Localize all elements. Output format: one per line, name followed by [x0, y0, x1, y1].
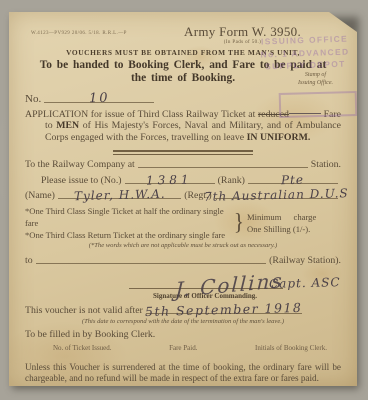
application-bold-uniform: IN UNIFORM. [247, 132, 311, 143]
minimum-charge-block: Minimum charge One Shilling (1/-). [247, 211, 341, 235]
name-row: (Name) Tyler, H.W.A. (Regt.) 7th Austral… [25, 189, 341, 201]
rubber-stamp: ISSUING OFFICE No. 1 ADVANCED SUPPLY DEP… [242, 32, 367, 74]
voucher-paper: ISSUING OFFICE No. 1 ADVANCED SUPPLY DEP… [9, 12, 357, 386]
ticket-number-column-label: No. of Ticket Issued. [53, 344, 112, 352]
fare-option-single: *One Third Class Single Ticket at half t… [25, 205, 231, 229]
railway-company-label: To the Railway Company at [25, 159, 135, 170]
handwritten-rank: Pte [281, 173, 304, 186]
handwritten-service-number: 1381 [146, 173, 193, 186]
railway-company-row: To the Railway Company at Station. [25, 159, 341, 170]
application-bold-men: MEN [56, 120, 79, 131]
handwritten-officer-rank: Capt. ASC [269, 276, 341, 290]
booking-clerk-heading: To be filled in by Booking Clerk. [25, 329, 341, 340]
signature-block: J. Collins Capt. ASC [25, 268, 341, 292]
application-text: APPLICATION for issue of Third Class Rai… [25, 109, 258, 120]
to-label: to [25, 255, 33, 266]
brace-glyph: } [234, 209, 244, 237]
surrender-warning: Unless this Voucher is surrendered at th… [25, 362, 341, 384]
handwritten-regiment: 7th Australian D.U.S [204, 187, 349, 203]
fare-options-block: *One Third Class Single Ticket at half t… [25, 205, 341, 241]
regt-line: 7th Australian D.U.S [215, 189, 338, 199]
rank-line: Pte [248, 174, 338, 184]
issue-label: Please issue to (No.) [41, 175, 122, 186]
validity-date-line: 5th September 1918 [146, 304, 302, 315]
booking-clerk-columns: No. of Ticket Issued. Fare Paid. Initial… [25, 344, 341, 352]
validity-note: (This date to correspond with the date o… [25, 318, 341, 325]
minimum-charge-line2: One Shilling (1/-). [247, 223, 341, 235]
station-label: Station. [311, 159, 341, 170]
fare-options: *One Third Class Single Ticket at half t… [25, 205, 231, 241]
name-line: Tyler, H.W.A. [58, 189, 181, 199]
railway-company-line [138, 167, 308, 168]
divider-rule [113, 150, 253, 155]
print-code: W.4123—PV929 20/06. 5/18. R.R.L.—P [31, 31, 127, 36]
validity-label: This voucher is not valid after [25, 305, 143, 316]
fare-paid-column-label: Fare Paid. [169, 344, 197, 352]
rank-label: (Rank) [218, 175, 245, 186]
handwritten-name: Tyler, H.W.A. [74, 187, 166, 201]
validity-row: This voucher is not valid after 5th Sept… [25, 304, 341, 317]
stamp-box [279, 91, 358, 118]
stamp-caption-line1: Stamp of [298, 71, 333, 79]
stamp-caption-line2: Issuing Office. [298, 79, 333, 87]
stamp-caption: Stamp of Issuing Office. [298, 71, 333, 87]
strike-out-note: (*The words which are not applicable mus… [25, 242, 341, 249]
minimum-charge-line1: Minimum charge [247, 211, 341, 223]
booking-notice-line2: the time of Booking. [25, 72, 341, 85]
clerk-initials-column-label: Initials of Booking Clerk. [255, 344, 327, 352]
destination-row: to (Railway Station). [25, 255, 341, 266]
name-label: (Name) [25, 190, 55, 201]
voucher-number-row: No. 10 [25, 92, 157, 105]
destination-line [36, 263, 267, 264]
handwritten-expiry-date: 5th September 1918 [145, 302, 303, 319]
voucher-content: ISSUING OFFICE No. 1 ADVANCED SUPPLY DEP… [9, 12, 357, 386]
issue-row: Please issue to (No.) 1381 (Rank) Pte [25, 174, 341, 186]
voucher-number-line: 10 [44, 92, 154, 103]
service-number-line: 1381 [125, 174, 215, 184]
voucher-number-label: No. [25, 93, 41, 105]
handwritten-voucher-number: 10 [89, 92, 110, 106]
fare-option-return: *One Third Class Return Ticket at the or… [25, 229, 231, 241]
railway-station-label: (Railway Station). [269, 255, 341, 266]
